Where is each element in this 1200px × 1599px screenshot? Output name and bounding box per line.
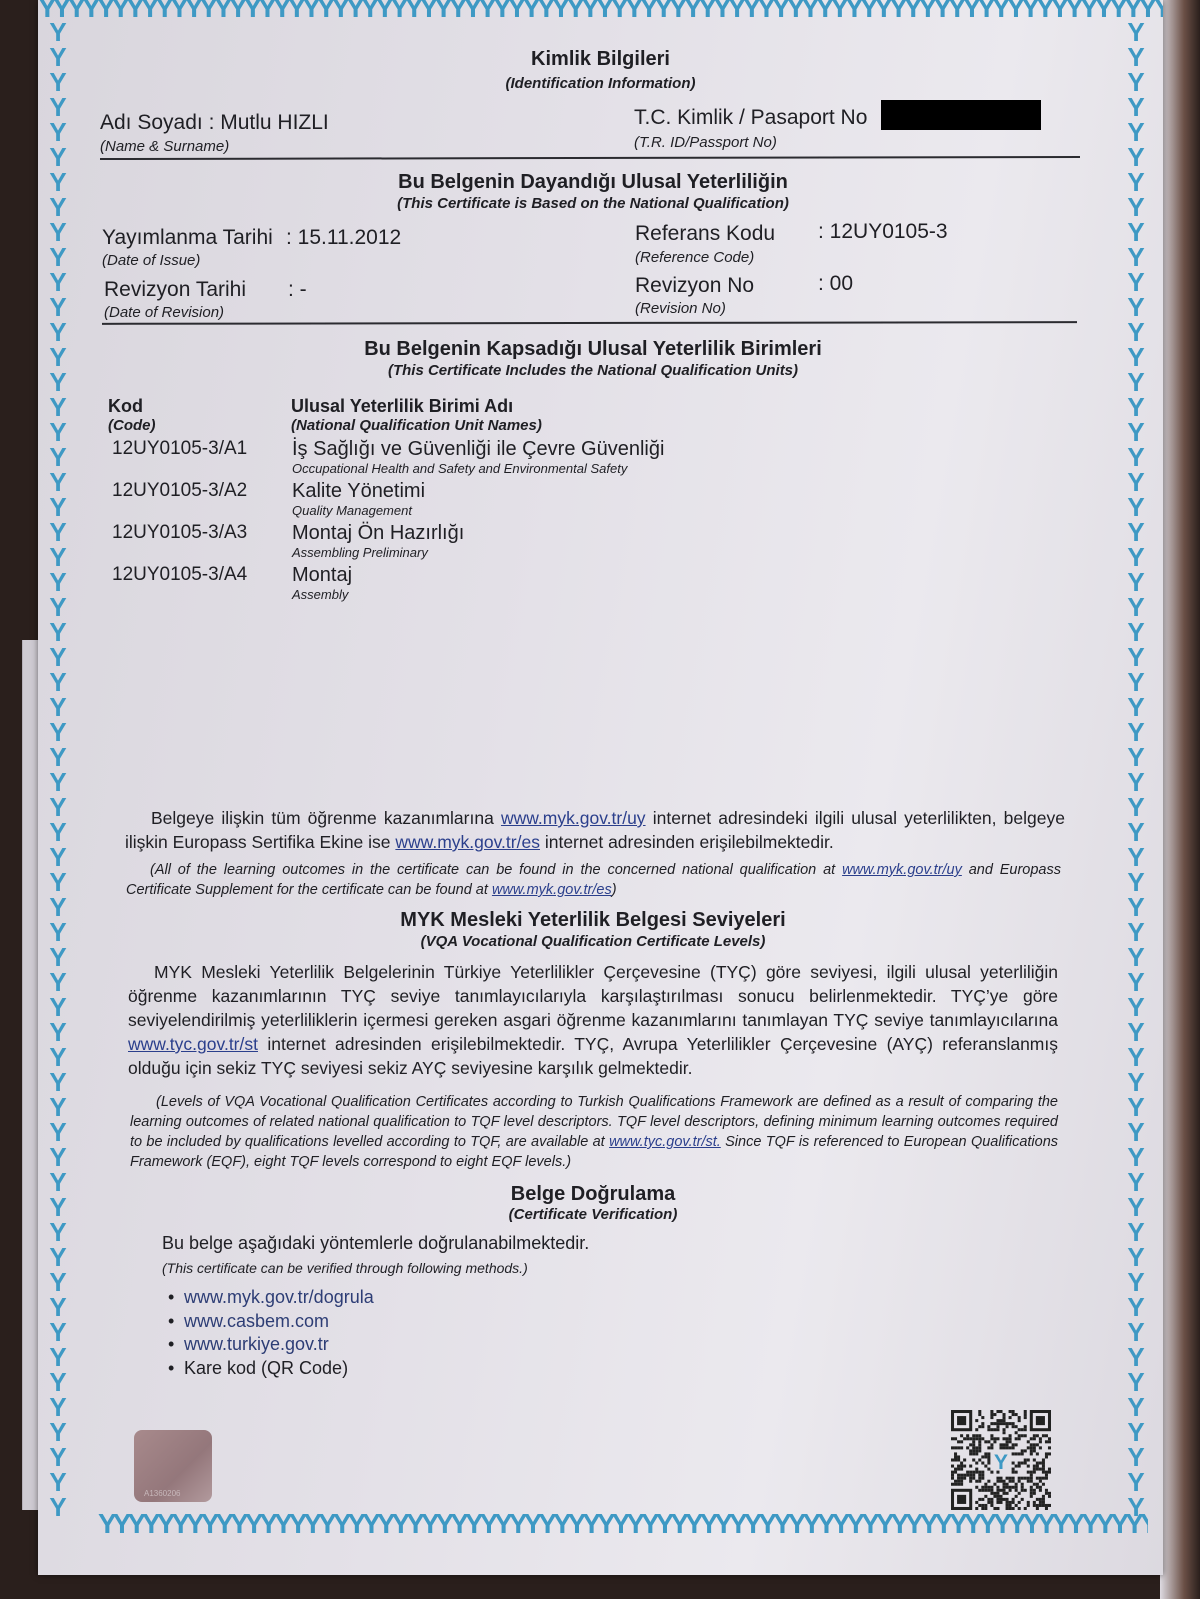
unit-name-en: Assembly [292, 587, 352, 602]
units-title: Bu Belgenin Kapsadığı Ulusal Yeterlilik … [38, 338, 1148, 361]
unit-code: 12UY0105-3/A4 [108, 564, 292, 602]
unit-code: 12UY0105-3/A3 [108, 522, 292, 560]
unit-name-en: Occupational Health and Safety and Envir… [292, 461, 664, 476]
verify-link-myk[interactable]: www.myk.gov.tr/dogrula [184, 1286, 374, 1310]
reference-code-label: Referans Kodu [635, 222, 775, 246]
verify-method-qr: Kare kod (QR Code) [184, 1357, 348, 1381]
verification-methods-list: •www.myk.gov.tr/dogrula •www.casbem.com … [168, 1286, 374, 1380]
list-item: •www.turkiye.gov.tr [168, 1333, 374, 1357]
table-row: 12UY0105-3/A1 İş Sağlığı ve Güvenliği il… [108, 438, 728, 476]
col-name-header: Ulusal Yeterlilik Birimi Adı [291, 396, 728, 417]
myk-es-link-en[interactable]: www.myk.gov.tr/es [492, 882, 612, 898]
tyc-st-link[interactable]: www.tyc.gov.tr/st [128, 1034, 258, 1054]
myk-es-link[interactable]: www.myk.gov.tr/es [395, 832, 540, 852]
revision-no-value: : 00 [818, 272, 853, 296]
qr-code-icon[interactable]: Y [950, 1410, 1052, 1510]
myk-uy-link-en[interactable]: www.myk.gov.tr/uy [842, 862, 962, 878]
units-subtitle: (This Certificate Includes the National … [38, 362, 1148, 379]
bullet-icon: • [168, 1286, 184, 1310]
identification-subtitle: (Identification Information) [38, 75, 1163, 92]
revision-date-label-en: (Date of Revision) [104, 304, 224, 321]
unit-name: Kalite Yönetimi [292, 480, 425, 503]
learning-outcomes-paragraph-en: (All of the learning outcomes in the cer… [126, 860, 1061, 900]
issue-date-value: : 15.11.2012 [286, 226, 401, 250]
unit-code: 12UY0105-3/A1 [108, 438, 292, 476]
text: (All of the learning outcomes in the cer… [150, 862, 842, 878]
id-field-label: T.C. Kimlik / Pasaport No [634, 106, 867, 130]
levels-paragraph-en: (Levels of VQA Vocational Qualification … [130, 1092, 1058, 1172]
list-item: •Kare kod (QR Code) [168, 1357, 374, 1381]
unit-name: Montaj Ön Hazırlığı [292, 522, 464, 545]
levels-paragraph: MYK Mesleki Yeterlilik Belgelerinin Türk… [128, 960, 1058, 1080]
unit-name-en: Assembling Preliminary [292, 545, 464, 560]
bullet-icon: • [168, 1333, 184, 1357]
revision-no-label: Revizyon No [635, 274, 754, 298]
units-header-row: Kod (Code) Ulusal Yeterlilik Birimi Adı … [108, 396, 728, 434]
table-row: 12UY0105-3/A3 Montaj Ön HazırlığıAssembl… [108, 522, 728, 560]
identification-title: Kimlik Bilgileri [38, 48, 1163, 71]
text: internet adresinden erişilebilmektedir. … [128, 1034, 1058, 1078]
text: internet adresinden erişilebilmektedir. [540, 832, 834, 852]
col-name-header-en: (National Qualification Unit Names) [291, 417, 728, 434]
issue-date-label: Yayımlanma Tarihi [102, 226, 273, 250]
text: MYK Mesleki Yeterlilik Belgelerinin Türk… [128, 962, 1058, 1030]
verification-intro: Bu belge aşağıdaki yöntemlerle doğrulana… [162, 1233, 589, 1254]
verify-link-turkiye[interactable]: www.turkiye.gov.tr [184, 1333, 329, 1357]
background-edge [1160, 0, 1200, 1599]
unit-name: İş Sağlığı ve Güvenliği ile Çevre Güvenl… [292, 438, 664, 461]
table-row: 12UY0105-3/A2 Kalite YönetimiQuality Man… [108, 480, 728, 518]
verification-intro-en: (This certificate can be verified throug… [162, 1260, 528, 1276]
bullet-icon: • [168, 1310, 184, 1334]
qualification-title: Bu Belgenin Dayandığı Ulusal Yeterliliği… [38, 171, 1148, 194]
levels-title: MYK Mesleki Yeterlilik Belgesi Seviyeler… [38, 909, 1148, 932]
verification-title: Belge Doğrulama [38, 1183, 1148, 1206]
name-field: Adı Soyadı : Mutlu HIZLI [100, 111, 329, 135]
unit-code: 12UY0105-3/A2 [108, 480, 292, 518]
unit-name-en: Quality Management [292, 503, 425, 518]
col-code-header: Kod [108, 396, 291, 417]
verify-link-casbem[interactable]: www.casbem.com [184, 1310, 329, 1334]
unit-name: Montaj [292, 564, 352, 587]
divider [100, 156, 1080, 160]
reference-code-label-en: (Reference Code) [635, 249, 754, 266]
certificate-page: YYYYYYYYYYYYYYYYYYYYYYYYYYYYYYYYYYYYYYYY… [38, 0, 1163, 1575]
svg-text:Y: Y [994, 1451, 1008, 1474]
bullet-icon: • [168, 1357, 184, 1381]
hologram-sticker: A1360206 [134, 1430, 212, 1502]
redacted-id-value [881, 100, 1041, 130]
reference-code-value: : 12UY0105-3 [818, 220, 948, 244]
revision-date-value: : - [288, 278, 307, 302]
units-table: Kod (Code) Ulusal Yeterlilik Birimi Adı … [108, 396, 728, 602]
revision-date-label: Revizyon Tarihi [104, 278, 246, 302]
myk-uy-link[interactable]: www.myk.gov.tr/uy [501, 808, 646, 828]
tyc-st-link-en[interactable]: www.tyc.gov.tr/st. [609, 1134, 721, 1150]
issue-date-label-en: (Date of Issue) [102, 252, 200, 269]
levels-subtitle: (VQA Vocational Qualification Certificat… [38, 933, 1148, 950]
table-row: 12UY0105-3/A4 MontajAssembly [108, 564, 728, 602]
revision-no-label-en: (Revision No) [635, 300, 726, 317]
col-code-header-en: (Code) [108, 417, 291, 434]
verification-subtitle: (Certificate Verification) [38, 1206, 1148, 1223]
text: Belgeye ilişkin tüm öğrenme kazanımların… [151, 808, 501, 828]
hologram-serial: A1360206 [144, 1489, 180, 1498]
divider [102, 321, 1077, 325]
list-item: •www.casbem.com [168, 1310, 374, 1334]
id-field-label-en: (T.R. ID/Passport No) [634, 134, 777, 151]
name-field-en: (Name & Surname) [100, 138, 229, 155]
text: ) [612, 882, 617, 898]
list-item: •www.myk.gov.tr/dogrula [168, 1286, 374, 1310]
learning-outcomes-paragraph: Belgeye ilişkin tüm öğrenme kazanımların… [125, 806, 1065, 854]
qualification-subtitle: (This Certificate is Based on the Nation… [38, 195, 1148, 212]
